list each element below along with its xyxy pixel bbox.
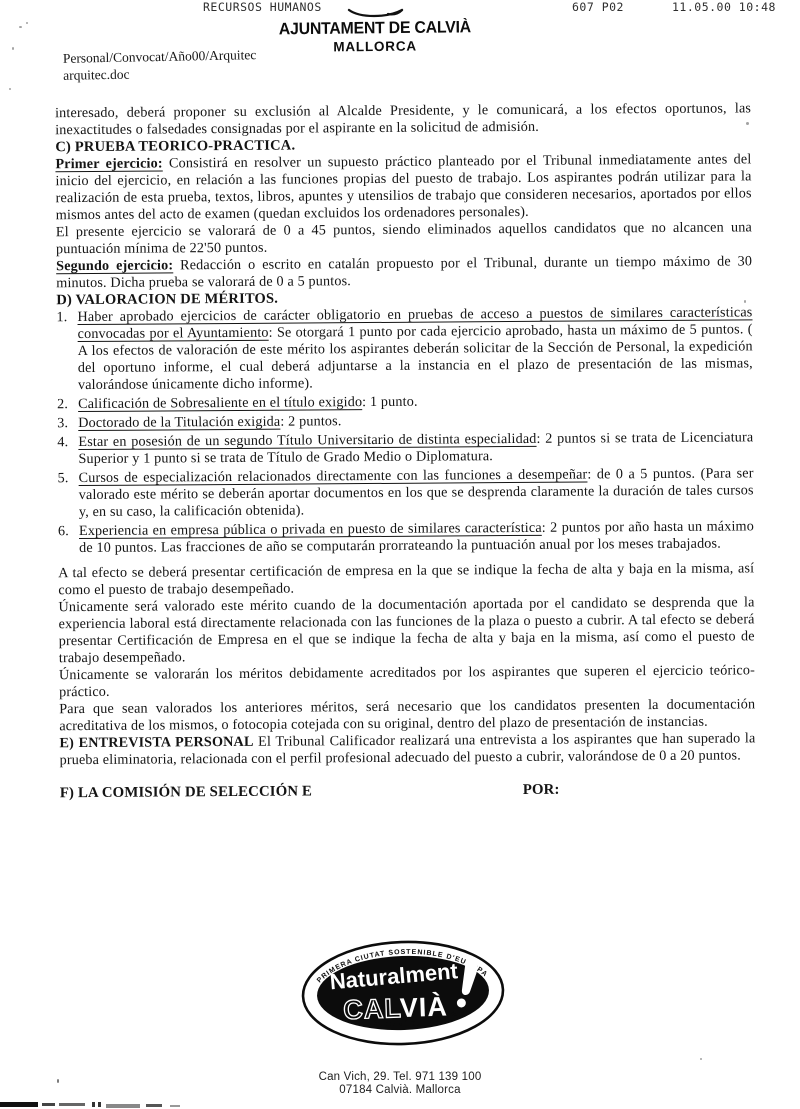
footer-city: 07184 Calvià. Mallorca [0,1084,800,1097]
section-f-line: F) LA COMISIÓN DE SELECCIÓN E POR: [60,780,756,802]
scan-speck [26,22,28,24]
scan-speck [744,300,746,303]
fax-page-code: 607 P02 [572,0,624,14]
merit-item-number: 2. [57,396,78,413]
merit-item-number: 5. [58,470,79,521]
merit-item-6: 6. Experiencia en empresa pública o priv… [58,518,754,557]
merit-item-number: 3. [57,415,78,432]
section-e-paragraph: E) ENTREVISTA PERSONAL El Tribunal Calif… [59,730,755,769]
merit-item-3: 3. Doctorado de la Titulación exigida: 2… [57,410,753,432]
footer-address: Can Vich, 29. Tel. 971 139 100 07184 Cal… [0,1071,800,1097]
scan-artifact [98,1102,101,1107]
stamp-name-solid: VIÀ [399,990,448,1023]
letterhead: AJUNTAMENT DE CALVIÀ MALLORCA [245,19,505,56]
merit-item-title: Calificación de Sobresaliente en el títu… [78,394,362,412]
certification-paragraph: A tal efecto se deberá presentar certifi… [58,560,754,599]
merit-item-text: : 2 puntos. [280,413,341,429]
scan-artifact [170,1105,180,1107]
scan-speck [12,47,14,50]
stamp-name-outline: CAL [343,993,401,1025]
fax-datetime: 11.05.00 10:48 [672,0,776,14]
scan-artifact [0,1102,38,1107]
scan-speck [9,88,11,90]
scan-artifact [146,1104,162,1107]
merit-item-4: 4. Estar en posesión de un segundo Títul… [57,429,753,468]
first-exercise-paragraph: Primer ejercicio: Consistirá en resolver… [55,151,751,224]
section-e-heading: E) ENTREVISTA PERSONAL [59,734,253,751]
naturalment-calvia-stamp: PRIMERA CIUTAT SOSTENIBLE D'EUROPA OBRIN… [296,934,510,1051]
merit-item-2: 2. Calificación de Sobresaliente en el t… [57,391,753,413]
fax-sender-label: RECURSOS HUMANOS [203,0,322,14]
footer-street-phone: Can Vich, 29. Tel. 971 139 100 [0,1071,800,1084]
document-body: interesado, deberá proponer su exclusión… [55,100,756,802]
scan-speck [57,1079,59,1083]
scan-artifact [59,1103,85,1106]
merit-item-1: 1. Haber aprobado ejercicios de carácter… [56,304,753,394]
merit-item-number: 4. [57,434,78,468]
accredited-merits-paragraph: Únicamente se valorarán los méritos debi… [59,662,755,701]
letterhead-title: AJUNTAMENT DE CALVIÀ [242,18,507,40]
doc-reference: Personal/Convocat/Año00/Arquitec arquite… [63,46,257,84]
first-exercise-label: Primer ejercicio: [55,155,162,172]
doc-ref-filename: arquitec.doc [63,63,257,84]
merit-item-number: 1. [56,309,78,394]
merit-item-5: 5. Cursos de especialización relacionado… [58,465,754,521]
svg-text:CALVIÀ: CALVIÀ [343,990,449,1025]
section-f-left-fragment: F) LA COMISIÓN DE SELECCIÓN E [60,783,312,801]
merit-item-title: Experiencia en empresa pública o privada… [79,520,542,539]
merits-list: 1. Haber aprobado ejercicios de carácter… [56,304,754,557]
scan-speck [19,26,22,28]
scan-speck [700,1058,702,1060]
scan-artifact [92,1102,95,1107]
merit-item-title: Estar en posesión de un segundo Título U… [78,431,536,450]
experience-validation-paragraph: Únicamente será valorado este mérito cua… [58,594,754,667]
merit-item-title: Doctorado de la Titulación exigida [78,414,280,431]
scan-artifact [42,1103,55,1106]
merit-item-text: : 1 punto. [362,394,418,410]
letterhead-subtitle: MALLORCA [245,38,505,56]
intro-paragraph: interesado, deberá proponer su exclusión… [55,100,751,139]
scanned-document-page: RECURSOS HUMANOS 607 P02 11.05.00 10:48 … [0,0,800,1109]
second-exercise-paragraph: Segundo ejercicio: Redacción o escrito e… [56,253,752,292]
first-exercise-note: El presente ejercicio se valorará de 0 a… [56,219,752,258]
second-exercise-label: Segundo ejercicio: [56,257,173,274]
scan-speck [746,122,749,125]
documentation-deadline-paragraph: Para que sean valorados los anteriores m… [59,696,755,735]
section-f-right-fragment: POR: [523,782,560,799]
merit-item-number: 6. [58,523,79,557]
scan-artifact [106,1104,140,1108]
